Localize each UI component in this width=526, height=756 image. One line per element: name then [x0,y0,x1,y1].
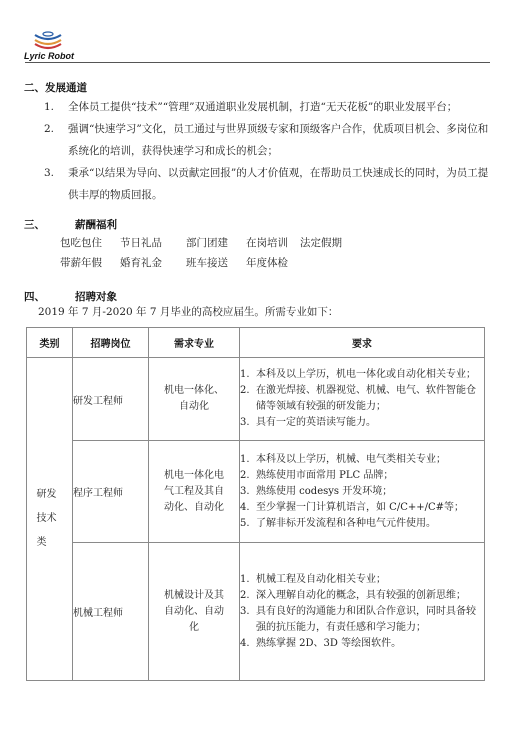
section-title: 招聘对象 [75,291,117,303]
requirement-item: 5.了解非标开发流程和各种电气元件使用。 [240,516,484,532]
section-number: 三、 [24,217,45,232]
list-item: 1. 全体员工提供“技术”“管理”双通道职业发展机制，打造“无天花板”的职业发展… [44,96,494,118]
requirement-item: 4.至少掌握一门计算机语言，如 C/C++/C#等； [240,500,484,516]
category-cell: 研发技术类 [27,358,73,681]
benefit-item: 法定假期 [300,235,342,250]
requirement-item: 4.熟练掌握 2D、3D 等绘图软件。 [240,636,484,652]
benefit-item: 在岗培训 [246,235,288,250]
header-major: 需求专业 [149,328,240,358]
list-number: 1. [44,96,64,118]
section-title: 发展通道 [45,82,87,94]
header-divider [25,62,490,63]
requirements-cell: 1.本科及以上学历，机电一体化或自动化相关专业； 2.在激光焊接、机器视觉、机械… [240,358,485,441]
table-header-row: 类别 招聘岗位 需求专业 要求 [27,328,485,358]
requirements-cell: 1.机械工程及自动化相关专业； 2.深入理解自动化的概念，具有较强的创新思维； … [240,543,485,681]
benefit-item: 包吃包住 [60,235,102,250]
major-text: 机电一体化、自动化 [163,383,225,415]
section-number: 二、 [24,80,45,95]
header-category: 类别 [27,328,73,358]
requirement-item: 3.具有良好的沟通能力和团队合作意识，同时具备较强的抗压能力，有责任感和学习能力… [240,604,484,636]
major-text: 机电一体化电气工程及其自动化、自动化 [162,468,226,516]
requirement-item: 2.在激光焊接、机器视觉、机械、电气、软件智能仓储等领域有较强的研发能力； [240,383,484,415]
recruitment-intro: 2019 年 7 月-2020 年 7 月毕业的高校应届生。所需专业如下： [38,304,338,319]
requirement-item: 2.深入理解自动化的概念，具有较强的创新思维； [240,588,484,604]
requirements-cell: 1.本科及以上学历，机械、电气类相关专业； 2.熟练使用市面常用 PLC 品牌；… [240,441,485,543]
position-cell: 程序工程师 [73,441,149,543]
position-cell: 研发工程师 [73,358,149,441]
section-title: 薪酬福利 [75,219,117,231]
logo-text: Lyric Robot [24,51,74,61]
list-text: 全体员工提供“技术”“管理”双通道职业发展机制，打造“无天花板”的职业发展平台； [68,96,494,118]
header-requirements: 要求 [240,328,485,358]
major-cell: 机械设计及其自动化、自动化 [149,543,240,681]
benefit-item: 年度体检 [246,255,288,270]
table-row: 研发技术类 研发工程师 机电一体化、自动化 1.本科及以上学历，机电一体化或自动… [27,358,485,441]
list-text: 强调“快速学习”文化，员工通过与世界顶级专家和顶级客户合作，优质项目机会、多岗位… [68,118,494,162]
requirement-item: 3.熟练使用 codesys 开发环境； [240,484,484,500]
list-item: 3. 秉承“以结果为导向、以贡献定回报”的人才价值观，在帮助员工快速成长的同时，… [44,162,494,206]
requirement-item: 3.具有一定的英语读写能力。 [240,415,484,431]
benefit-item: 带薪年假 [60,255,102,270]
requirement-item: 1.本科及以上学历，机电一体化或自动化相关专业； [240,367,484,383]
recruitment-table: 类别 招聘岗位 需求专业 要求 研发技术类 研发工程师 机电一体化、自动化 1.… [26,327,485,681]
section-number: 四、 [24,289,45,304]
category-text: 研发技术类 [37,483,63,555]
list-text: 秉承“以结果为导向、以贡献定回报”的人才价值观，在帮助员工快速成长的同时，为员工… [68,162,494,206]
major-text: 机械设计及其自动化、自动化 [162,588,226,636]
requirement-item: 2.熟练使用市面常用 PLC 品牌； [240,468,484,484]
requirement-item: 1.本科及以上学历，机械、电气类相关专业； [240,452,484,468]
major-cell: 机电一体化、自动化 [149,358,240,441]
benefit-item: 婚育礼金 [120,255,162,270]
section-heading-development: 二、发展通道 [24,80,87,95]
section-heading-recruitment: 四、招聘对象 [24,289,117,304]
benefit-item: 部门团建 [186,235,228,250]
list-number: 3. [44,162,64,184]
section-heading-benefits: 三、薪酬福利 [24,217,117,232]
benefit-item: 节日礼品 [120,235,162,250]
list-item: 2. 强调“快速学习”文化，员工通过与世界顶级专家和顶级客户合作，优质项目机会、… [44,118,494,162]
table-row: 程序工程师 机电一体化电气工程及其自动化、自动化 1.本科及以上学历，机械、电气… [27,441,485,543]
position-cell: 机械工程师 [73,543,149,681]
table-row: 机械工程师 机械设计及其自动化、自动化 1.机械工程及自动化相关专业； 2.深入… [27,543,485,681]
requirement-item: 1.机械工程及自动化相关专业； [240,572,484,588]
benefit-item: 班车接送 [186,255,228,270]
major-cell: 机电一体化电气工程及其自动化、自动化 [149,441,240,543]
header-position: 招聘岗位 [73,328,149,358]
list-number: 2. [44,118,64,140]
